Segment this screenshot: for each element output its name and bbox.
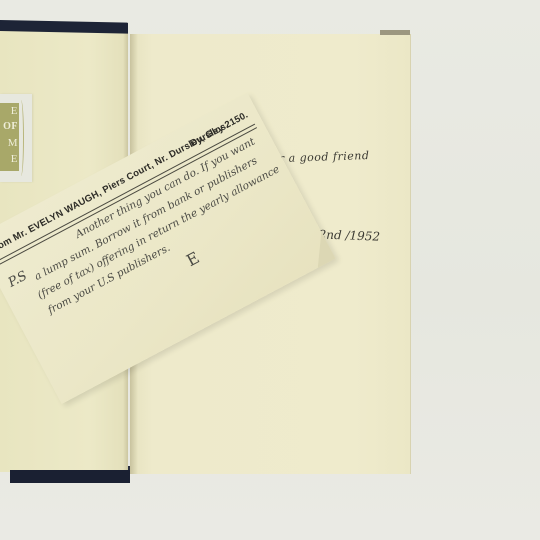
photo-scene: E OF M E Graham a bad book for a good fr… [0, 0, 540, 540]
postcard-signature: E [183, 248, 202, 270]
jacket-label-line: M [0, 135, 18, 151]
postcard-ps: P.S [6, 268, 30, 290]
jacket-label-line: E [0, 151, 18, 167]
jacket-label-line: OF [0, 119, 18, 135]
jacket-label-ornament [18, 100, 24, 176]
jacket-label-line: E [0, 103, 18, 119]
dust-jacket-title-label: E OF M E [0, 103, 19, 171]
page-block-top-edge [380, 30, 410, 35]
book-cover-bottom-edge [10, 470, 130, 483]
